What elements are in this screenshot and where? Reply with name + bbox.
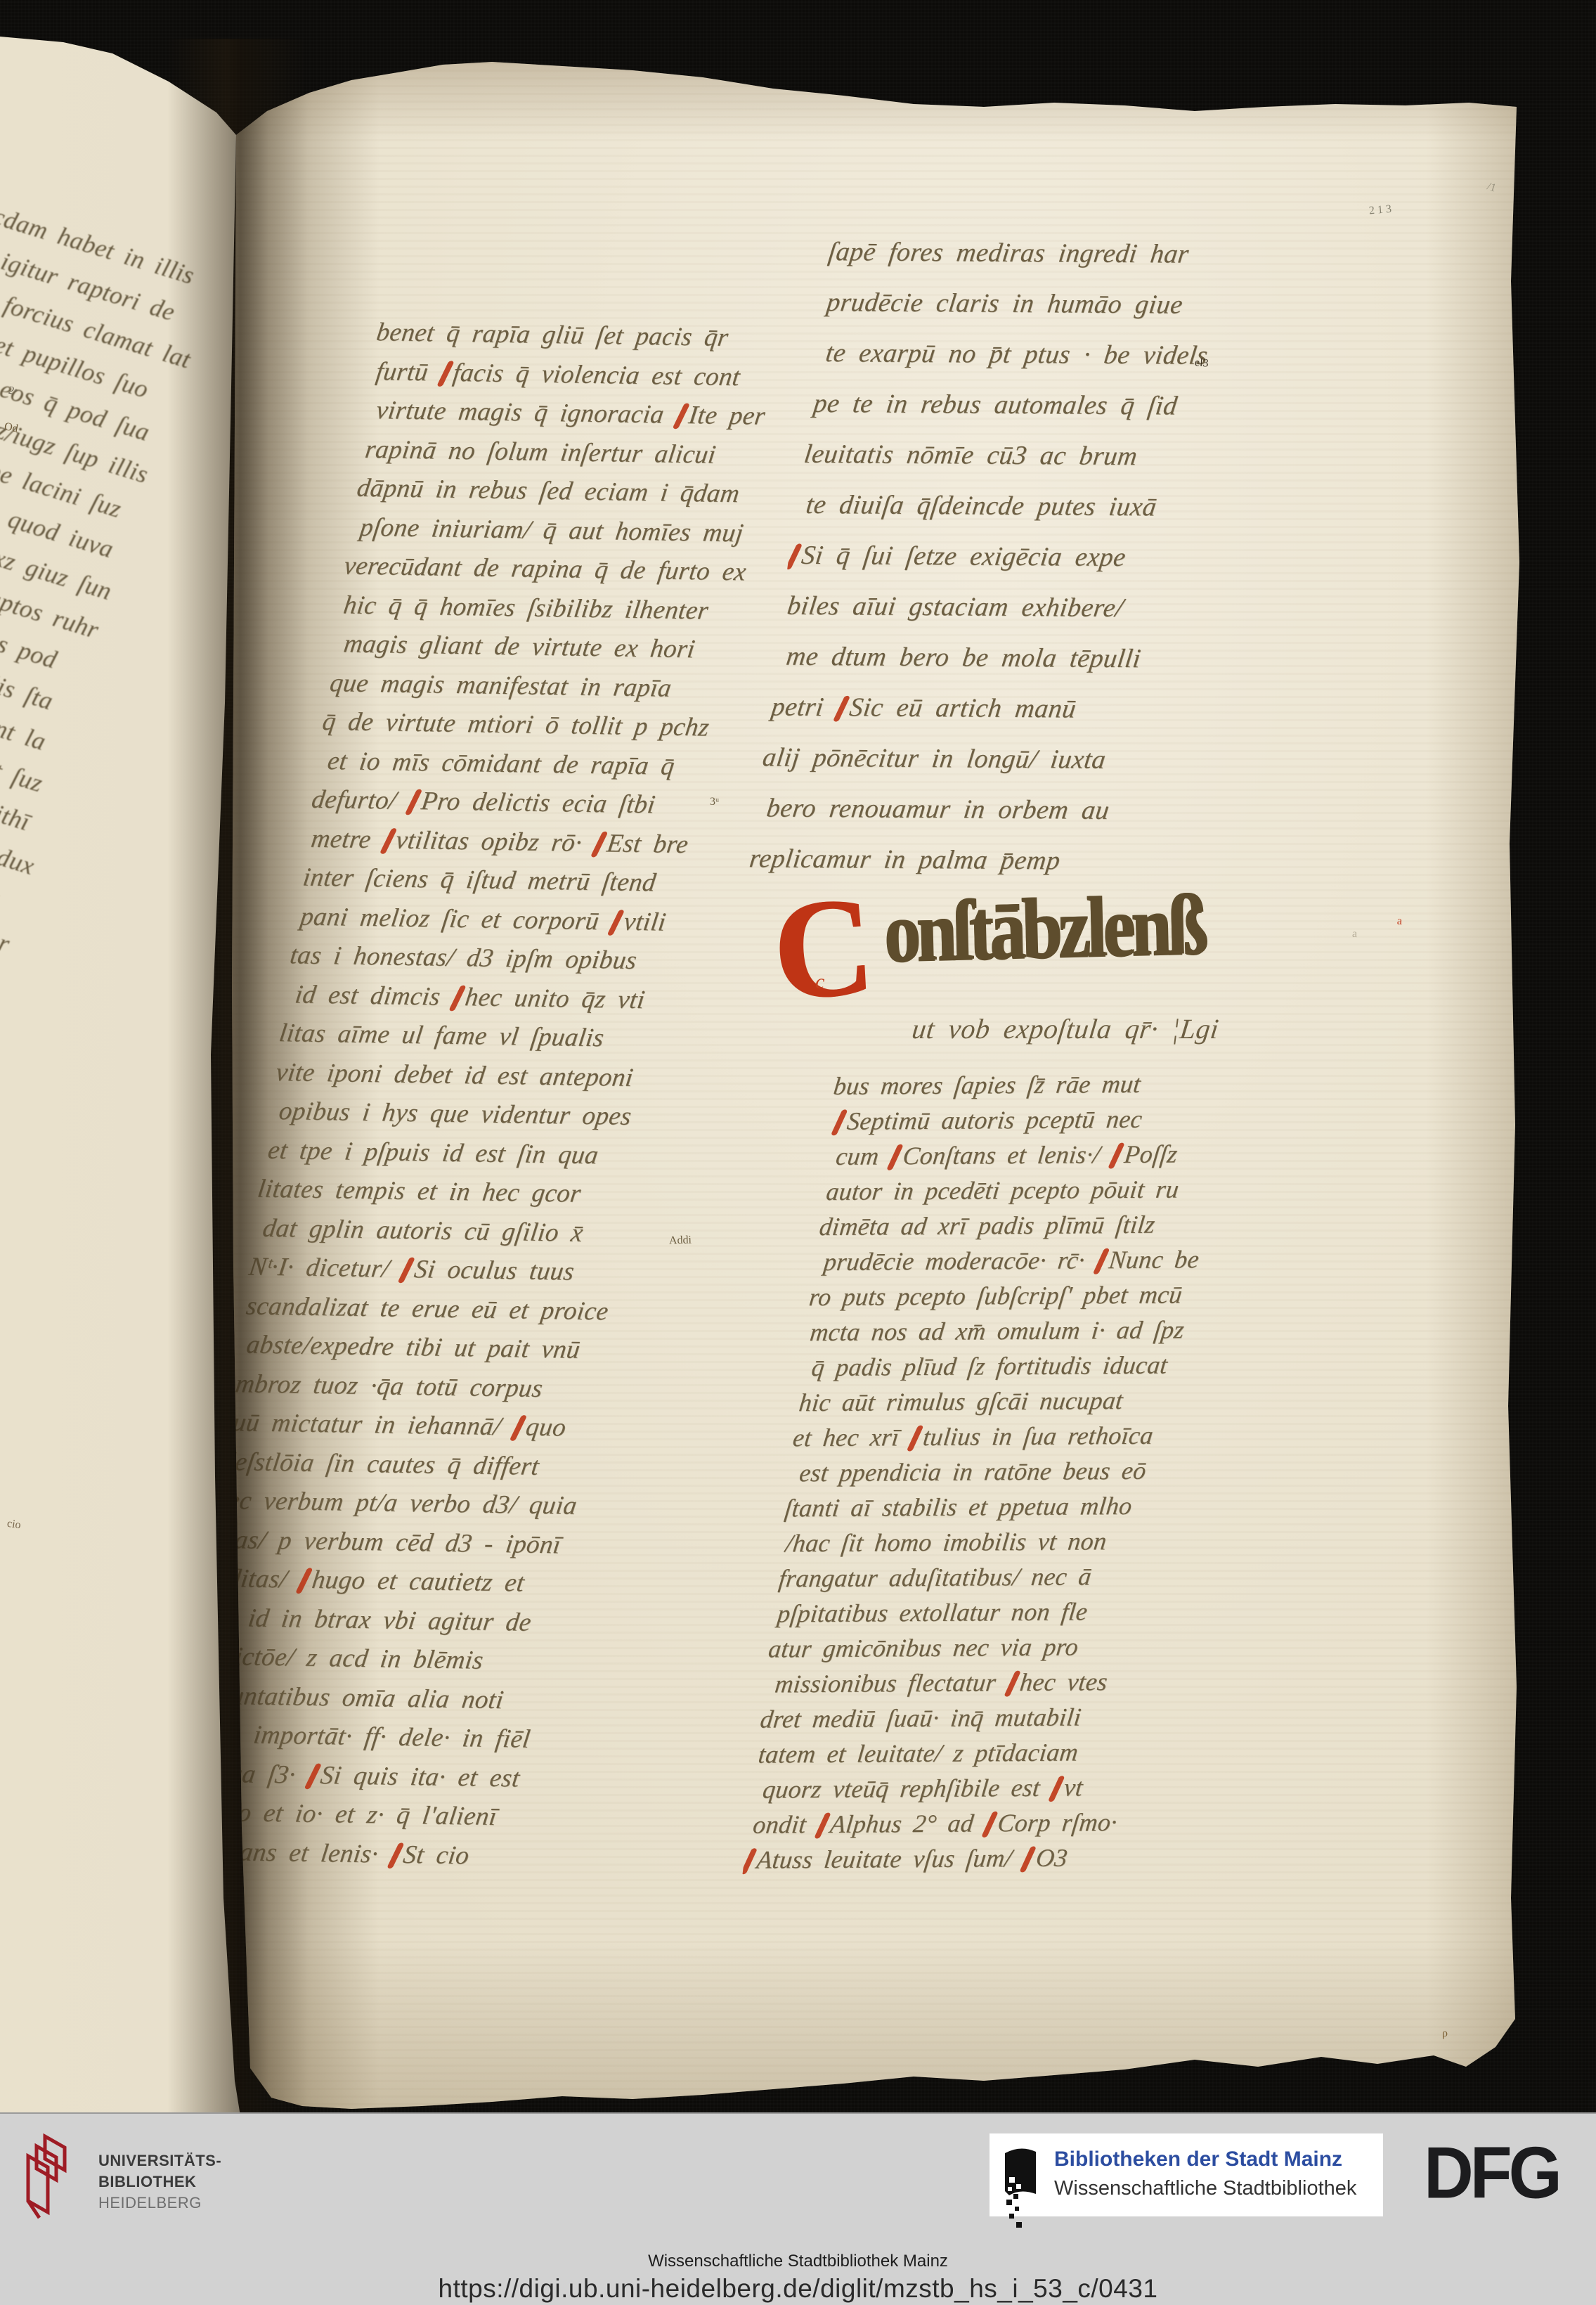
rubric-stroke [1048, 1776, 1065, 1802]
rubric-stroke [814, 1812, 831, 1839]
manuscript-text-line: tatem importāt· ff· dele· in fiēl [179, 1715, 643, 1761]
rubric-initial-letter: C [768, 874, 877, 1023]
left-text-column: benet q̄ rapīa gliū ſet pacis q̄rfurtū f… [163, 313, 837, 1878]
manuscript-text-line: hec verbum pt/a verbo d3/ quia [212, 1481, 676, 1528]
rubric-stroke [981, 1811, 999, 1838]
manuscript-text-line: litates tempis et in hec gcor [255, 1170, 719, 1216]
manuscript-text-line: autor in pcedēti pcepto pōuit ru [824, 1170, 1296, 1209]
manuscript-text-line: inter ſciens q̄ iſtud metrū ſtend [300, 858, 762, 905]
manuscript-text-line: rapinā no ſolum inſertur alicui [363, 430, 822, 476]
manuscript-text-line: ſapē fores mediras ingredi har [825, 226, 1295, 280]
manuscript-text-line: q̄ de virtute mtiori ō tollit p pchz [320, 702, 784, 749]
manuscript-text-line: Septimū autoris pceptū nec [833, 1100, 1304, 1139]
manuscript-text-line: tuū mictatur in iehannā/ quo [223, 1403, 687, 1449]
manuscript-text-line: frangatur aduſitatibus/ nec ā [777, 1558, 1251, 1596]
manuscript-text-line: dimēta ad xrī padis plīmū ſtilz [817, 1206, 1292, 1244]
manuscript-text-line: voluntatibus omīa alia noti [195, 1676, 649, 1722]
bottom-corner-mark: ρ [1442, 2027, 1448, 2040]
manuscript-text-line: pani melioz ſic et corporū vtili [298, 897, 757, 943]
manuscript-text-line: pe te in rebus automales q̄ ſid [810, 378, 1276, 432]
ub-heidelberg-books-icon [20, 2132, 86, 2221]
rubric-stroke [1020, 1846, 1037, 1873]
manuscript-text-line: te exarpū no p̄t ptus · be videls [822, 328, 1282, 381]
manuscript-text-line: ſtanti aī stabilis et ppetua mlho [783, 1487, 1259, 1526]
rubric-guide-letter: c [815, 971, 824, 993]
manuscript-text-line: et io mīs cōmidant de rapīa q̄ [325, 742, 779, 787]
mainz-library-logo: Bibliotheken der Stadt Mainz Wissenschaf… [990, 2133, 1383, 2216]
manuscript-text-line: furtū facis q̄ violencia est cont [373, 352, 832, 399]
manuscript-text-line: atur gmicōnibus nec via pro [767, 1628, 1243, 1667]
rubric-stroke [448, 985, 467, 1012]
manuscript-text-line: hic aūt rimulus gſcāi nucupat [797, 1382, 1271, 1421]
manuscript-text-line: pſone iniuriam/ q̄ aut homīes muj [358, 508, 811, 553]
manuscript-text-line: mcta nos ad xm̄ omulum i· ad ſpz [808, 1311, 1280, 1350]
manuscript-text-line: vite iponi debet id est anteponi [273, 1053, 735, 1099]
rubric-stroke [907, 1425, 924, 1452]
manuscript-text-line: Si q̄ ſui ſetze exigēcia expe [786, 530, 1256, 584]
pencil-folio-number: 213 [1368, 202, 1394, 217]
rubric-stroke [398, 1257, 416, 1284]
manuscript-text-line: que magis manifestat in rapīa [327, 664, 789, 710]
manuscript-text-line: me dtum bero be mola tēpulli [783, 631, 1243, 685]
manuscript-text-line: opibus i hys que videntur opes [276, 1092, 729, 1137]
manuscript-text-line: leuitatis nōmīe cū3 ac brum [801, 429, 1269, 483]
manuscript-text-line: c1· vo et io· et z· q̄ l'alienī [179, 1793, 632, 1838]
manuscript-text-line: hic q̄ q̄ homīes ſsibilibz ilhenter [341, 586, 800, 632]
rubric-stroke [387, 1842, 405, 1869]
mainz-logo-text: Bibliotheken der Stadt Mainz Wissenschaf… [1054, 2145, 1356, 2202]
pencil-margin-letter: a [1352, 928, 1358, 941]
manuscript-text-line: alij pōnēcitur in longū/ iuxta [760, 732, 1230, 786]
manuscript-text-line: metre vtilitas opibz rō· Est bre [309, 819, 767, 865]
manuscript-text-line: virtute magis q̄ ignoracia Ite per [374, 391, 827, 437]
rubric-stroke [304, 1763, 322, 1790]
rubric-stroke [436, 360, 455, 387]
right-text-column-lower: bus mores ſapies ſz̄ rāe mutSeptimū auto… [741, 1065, 1308, 1885]
rubric-stroke [607, 909, 625, 936]
page-right-edge-shading [1427, 49, 1525, 2081]
chapter-heading-subline: ut vob expoſtula qr̄· ¦Lgi [911, 1015, 1221, 1043]
manuscript-text-line: nditas/ hugo et cautietz et [212, 1559, 665, 1605]
rubric-stroke [831, 1109, 848, 1136]
page-top-shading [211, 42, 1532, 162]
red-margin-letter: a [1396, 915, 1403, 929]
chapter-heading: onſtābzlenß [883, 882, 1205, 976]
mainz-logo-line2: Wissenschaftliche Stadtbibliothek [1054, 2174, 1356, 2202]
manuscript-text-line: magis gliant de virtute ex hori [342, 624, 795, 670]
dfg-logo: DFG [1424, 2131, 1559, 2215]
manuscript-text-line: ptas/ p verbum cēd d3 - ipōnī [212, 1520, 670, 1566]
rubric-stroke [672, 403, 690, 430]
ub-heidelberg-logo: UNIVERSITÄTS- BIBLIOTHEK HEIDELBERG [20, 2132, 221, 2221]
manuscript-text-line: nie id in btrax vbi agitur de [200, 1598, 659, 1644]
manuscript-text-line: est ppendicia in ratōne beus eō [798, 1452, 1264, 1491]
manuscript-text-line: Conſtans et lenis· St cio [165, 1831, 627, 1878]
footer-caption: Wissenschaftliche Stadtbibliothek Mainz [0, 2252, 1596, 2271]
rubric-stroke [405, 789, 423, 815]
manuscript-text-line: benet q̄ rapīa gliū ſet pacis q̄r [374, 313, 838, 359]
manuscript-text-line: missionibus flectatur hec vtes [773, 1663, 1239, 1702]
manuscript-text-line: litas aīme ul fame vl ſpualis [277, 1014, 741, 1060]
manuscript-text-line: /hac ſit homo imobilis vt non [784, 1523, 1255, 1561]
intercolumn-note-3u: 3ᵘ [710, 796, 719, 808]
library-branding-footer: UNIVERSITÄTS- BIBLIOTHEK HEIDELBERG Bibl… [0, 2112, 1596, 2305]
manuscript-text-line: verecūdant de rapina q̄ de furto ex [342, 546, 805, 593]
manuscript-text-line: abste/expedre tibi ut pait vnū [244, 1325, 697, 1371]
rubric-stroke [1092, 1248, 1110, 1274]
manuscript-text-line: prudēcie moderacōe· rc̄· Nunc be [822, 1241, 1287, 1279]
manuscript-text-line: Atuss leuitate vſus ſum/ O3 [742, 1839, 1219, 1878]
manuscript-text-line: bero renouamur in orbem au [763, 783, 1223, 837]
footer-url: https://digi.ub.uni-heidelberg.de/diglit… [0, 2274, 1596, 2304]
manuscript-text-line: gmissa ſ3· Si quis ita· et est [179, 1754, 638, 1800]
manuscript-text-line: et hec xrī tulius in ſua rethoīca [791, 1417, 1267, 1456]
rubric-stroke [295, 1568, 313, 1594]
rubric-stroke [741, 1848, 758, 1875]
manuscript-text-line: dāpnū in rebus ſed eciam i q̄dam [354, 469, 816, 515]
digitized-manuscript-scan: pecdam habet in illisest igitur raptori … [0, 0, 1596, 2305]
rubric-stroke [1004, 1670, 1021, 1697]
facing-margin-note-cio: cio [6, 1518, 22, 1532]
manuscript-text-line: petri Sic eū artich manū [768, 682, 1236, 736]
ink-margin-note: el3 [1194, 356, 1209, 370]
facing-margin-note-od: Od [3, 420, 19, 435]
manuscript-text-line: dret mediū ſuaū· inq̄ mutabili [758, 1698, 1235, 1737]
manuscript-text-line: q̄ padis plīud ſz fortitudis iducat [810, 1347, 1276, 1386]
manuscript-text-line: biles aīui gstaciam exhibere/ [784, 581, 1250, 634]
manuscript-text-line: ro puts pcepto ſubſcripſ' pbet mcū [807, 1276, 1284, 1315]
manuscript-text-line: tas i honestas/ d3 ipſm opibus [287, 936, 751, 982]
page-bottom-shading [232, 1940, 1525, 2116]
manuscript-text-line: ondit Alphus 2° ad Corp rſmo· [751, 1804, 1223, 1842]
manuscript-text-line: et tpe i pſpuis id est ſin qua [266, 1130, 725, 1177]
manuscript-text-line: mbroz tuoz ·q̄a totū corpus [233, 1364, 692, 1411]
ub-logo-line2: BIBLIOTHEK [98, 2171, 221, 2193]
manuscript-text-line: Nᵗ·I· dicetur/ Si oculus tuus [247, 1247, 708, 1293]
rubric-stroke [379, 827, 398, 854]
manuscript-text-line: dat gplin autoris cū gſilio x̄ [260, 1208, 713, 1254]
manuscript-page: benet q̄ rapīa gliū ſet pacis q̄rfurtū f… [0, 0, 1596, 2305]
mainz-logo-line1: Bibliotheken der Stadt Mainz [1054, 2145, 1356, 2174]
manuscript-text-line: tatem et leuitate/ z ptīdaciam [756, 1733, 1231, 1772]
ub-logo-line1: UNIVERSITÄTS- [98, 2150, 221, 2171]
manuscript-text-line: id est dimcis hec unito q̄z vti [292, 975, 746, 1021]
manuscript-text-line: pſpitatibus extollatur non fle [776, 1593, 1247, 1632]
intercolumn-note-addi: Addi [669, 1234, 692, 1247]
manuscript-text-line: mtdictōe/ z acd in blēmis [193, 1636, 654, 1683]
manuscript-text-line: te diuiſa q̄ſdeincde putes iuxā [803, 479, 1262, 533]
manuscript-text-line: prudēcie claris in humāo giue [824, 277, 1289, 330]
rubric-stroke [590, 831, 609, 858]
pencil-tiny-mark: /1 [1486, 181, 1498, 195]
rubric-stroke [886, 1144, 904, 1170]
mainz-book-icon [999, 2142, 1043, 2232]
manuscript-text-line: quorz vteūq̄ rephſibile est vt [761, 1769, 1227, 1807]
right-text-column-upper: ſapē fores mediras ingredi harprudēcie c… [746, 226, 1296, 896]
ub-heidelberg-logo-text: UNIVERSITÄTS- BIBLIOTHEK HEIDELBERG [98, 2132, 221, 2221]
manuscript-text-line: scandalizat te erue eū et proice [244, 1286, 703, 1333]
rubric-stroke [833, 695, 850, 722]
rubric-stroke [1108, 1142, 1125, 1169]
manuscript-text-line: defurto/ Pro delictis ecia ſtbi [309, 780, 773, 827]
ub-logo-line3: HEIDELBERG [98, 2193, 221, 2214]
manuscript-text-line: cum Conſtans et lenis·/ Poſſz [834, 1135, 1300, 1174]
manuscript-text-line: bus mores ſapies ſz̄ rāe mut [831, 1065, 1308, 1104]
rubric-stroke [510, 1415, 528, 1442]
manuscript-text-line: deſstlōia ſin cautes q̄ differt [219, 1442, 681, 1488]
